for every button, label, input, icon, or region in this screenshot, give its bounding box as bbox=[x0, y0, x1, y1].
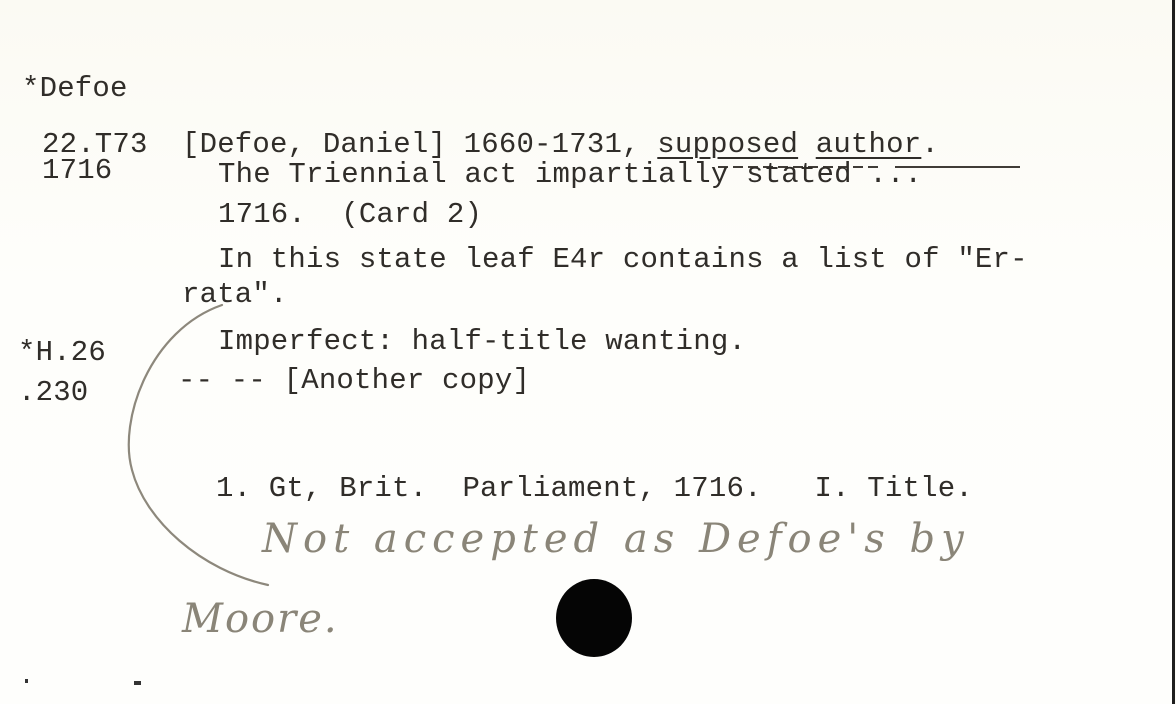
author-period: . bbox=[921, 128, 939, 161]
title-part-b: impartially stated ... bbox=[535, 158, 922, 191]
note-errata-continued: rata". bbox=[182, 278, 288, 311]
speck bbox=[25, 679, 28, 683]
author-entry: [Defoe, Daniel] 1660-1731, supposed auth… bbox=[182, 128, 939, 161]
catalog-card: *Defoe 22.T73 1716 [Defoe, Daniel] 1660-… bbox=[0, 0, 1175, 704]
card-heading: *Defoe bbox=[22, 72, 128, 105]
title-line: The Triennial act impartially stated ... bbox=[218, 158, 922, 191]
imprint-line: 1716. (Card 2) bbox=[218, 198, 482, 231]
speck bbox=[134, 681, 141, 685]
author-name: [Defoe, Daniel] 1660-1731, bbox=[182, 128, 657, 161]
handwritten-note-line-1: Not accepted as Defoe's by bbox=[262, 516, 970, 562]
another-copy-line: -- -- [Another copy] bbox=[178, 364, 530, 397]
call-number-line-2: 1716 bbox=[42, 154, 112, 187]
call-number-2-line-2: .230 bbox=[18, 376, 88, 409]
call-number-2-line-1: *H.26 bbox=[18, 336, 106, 369]
title-part-a: The Triennial act bbox=[218, 158, 535, 191]
author-role-author: author bbox=[816, 128, 922, 161]
note-imperfect: Imperfect: half-title wanting. bbox=[218, 325, 746, 358]
author-role-supposed: supposed bbox=[657, 128, 798, 161]
tracings-line: 1. Gt, Brit. Parliament, 1716. I. Title. bbox=[216, 472, 973, 505]
note-errata: In this state leaf E4r contains a list o… bbox=[218, 243, 1028, 276]
punch-hole bbox=[556, 579, 632, 657]
handwritten-note-line-2: Moore. bbox=[182, 596, 339, 642]
